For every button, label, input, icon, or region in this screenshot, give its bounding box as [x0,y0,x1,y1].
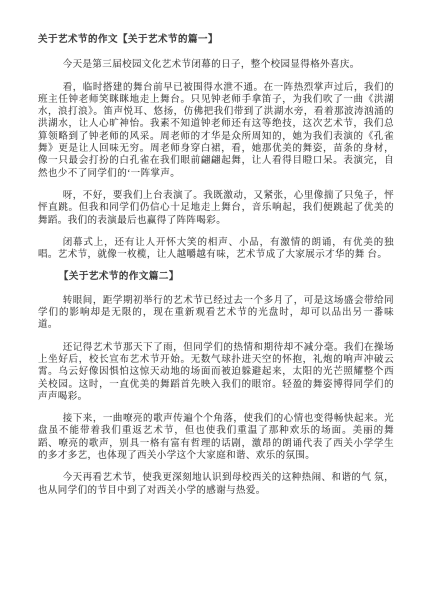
essay2-paragraph-1: 转眼间，距学期初举行的艺术节已经过去一个多月了，可是这场盛会带给同学们的影响却是… [38,295,394,332]
essay-title: 关于艺术节的作文【关于艺术节的篇一】 [38,34,394,46]
essay1-paragraph-2: 看，临时搭建的舞台前早已被围得水泄不通。在一阵热烈掌声过后，我们的班主任钟老师笑… [38,82,394,180]
document-page: 关于艺术节的作文【关于艺术节的篇一】 今天是第三届校园文化艺术节闭幕的日子，整个… [0,0,424,600]
essay1-paragraph-4: 闭幕式上，还有让人开怀大笑的相声、小品，有激情的朗诵，有优美的独唱。艺术节，就像… [38,237,394,262]
essay2-paragraph-4: 今天再看艺术节，使我更深刻地认识到母校西关的这种热闹、和谐的气 氛，也从同学们的… [38,472,394,497]
essay1-paragraph-1: 今天是第三届校园文化艺术节闭幕的日子，整个校园显得格外喜庆。 [38,59,394,71]
essay2-paragraph-3: 接下来，一曲嘹亮的歌声传遍个个角落，使我们的心情也变得畅快起来。光盘虽不能带着我… [38,413,394,462]
essay2-paragraph-2: 还记得艺术节那天下了雨，但同学们的热情和期待却不减分毫。我们在操场上坐好后，校长… [38,342,394,403]
essay2-heading: 【关于艺术节的作文篇二】 [38,271,394,283]
essay1-paragraph-3: 呀，不好，要我们上台表演了。我既激动，又紧张，心里像揣了只兔子，怦怦直跳。但我和… [38,190,394,227]
